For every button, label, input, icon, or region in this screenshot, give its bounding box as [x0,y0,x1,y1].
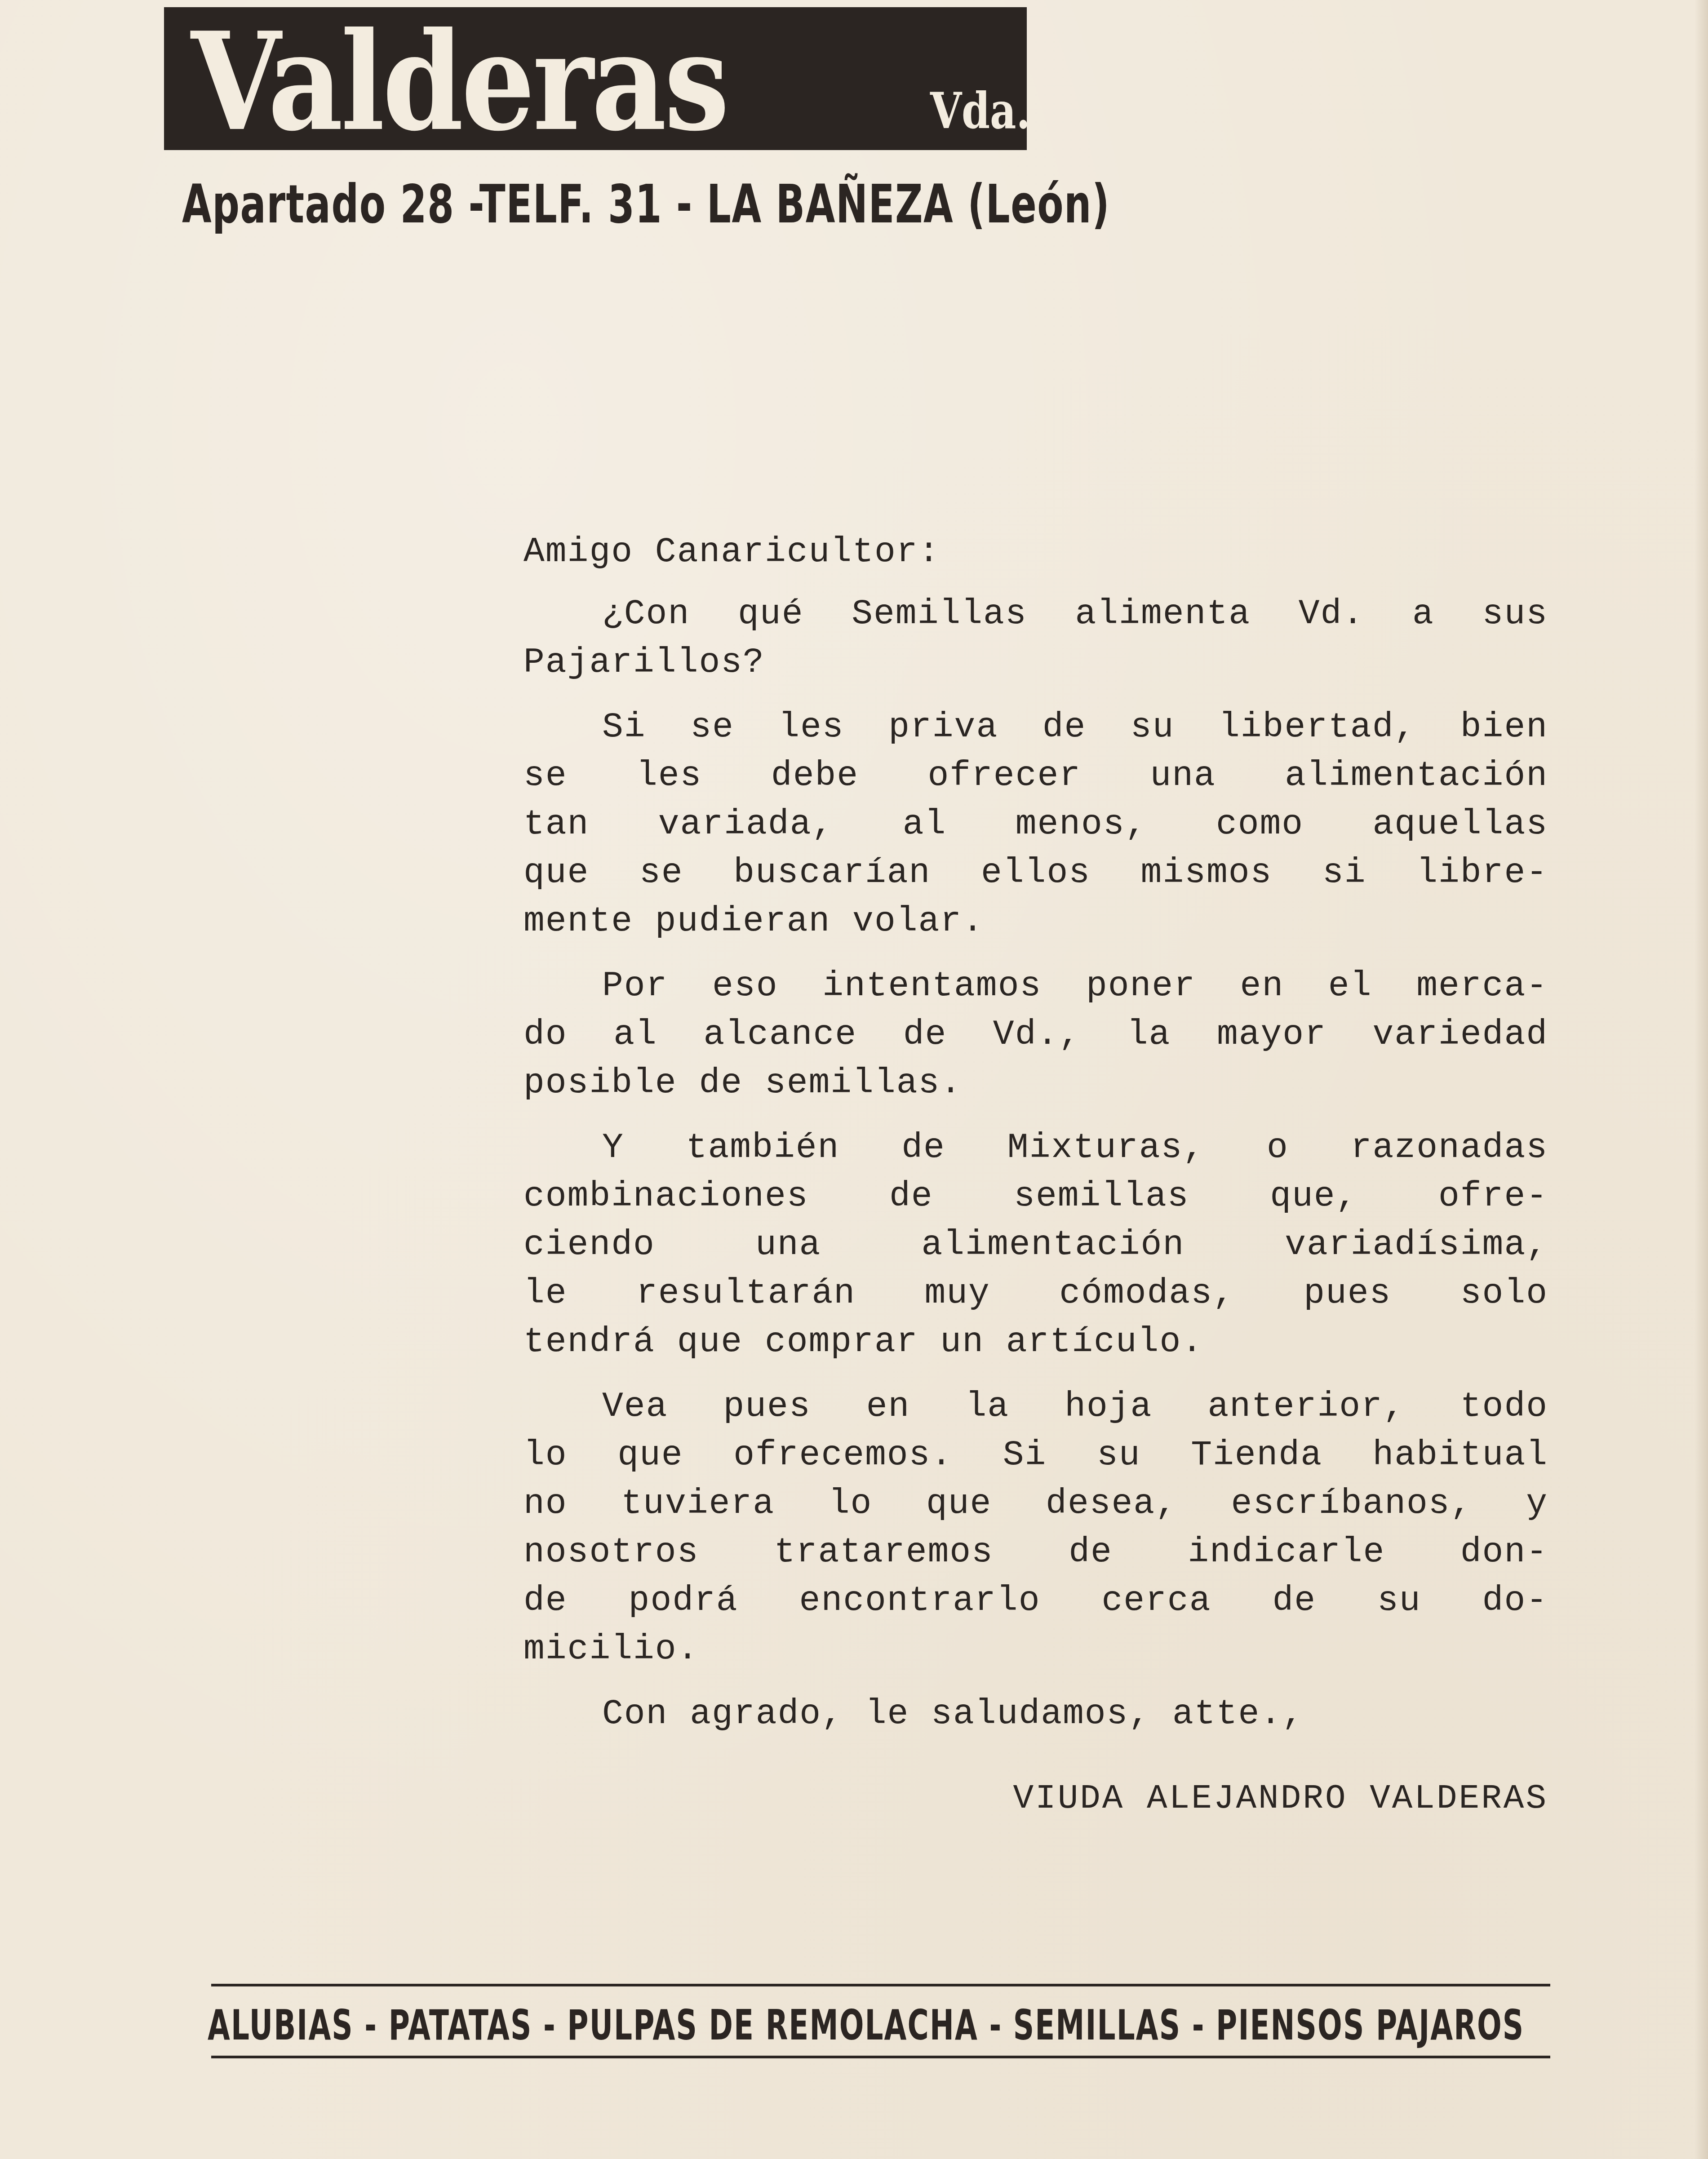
paragraph-line: ¿Con qué Semillas alimenta Vd. a sus [523,590,1548,638]
paragraph-1: ¿Con qué Semillas alimenta Vd. a sus Paj… [523,590,1548,687]
footer-divider-top [211,1984,1550,1986]
paragraph-line: nosotros trataremos de indicarle don- [523,1528,1548,1577]
paragraph-4: Y también de Mixturas, o razonadas combi… [523,1124,1548,1366]
paragraph-line: de podrá encontrarlo cerca de su do- [523,1577,1548,1625]
company-suffix: Vda. [930,86,1030,136]
paragraph-line: mente pudieran volar. [523,897,1548,946]
paragraph-line: ciendo una alimentación variadísima, [523,1221,1548,1269]
paragraph-line: micilio. [523,1625,1548,1674]
company-name: Valderas [191,28,727,136]
paragraph-line: posible de semillas. [523,1059,1548,1108]
closing-line: Con agrado, le saludamos, atte., [523,1690,1548,1738]
footer-products-line: ALUBIAS - PATATAS - PULPAS DE REMOLACHA … [208,2005,1524,2046]
letter-body: Amigo Canaricultor: ¿Con qué Semillas al… [523,528,1548,1823]
paragraph-line: no tuviera lo que desea, escríbanos, y [523,1480,1548,1528]
paragraph-5: Vea pues en la hoja anterior, todo lo qu… [523,1383,1548,1674]
paragraph-line: lo que ofrecemos. Si su Tienda habitual [523,1431,1548,1480]
paragraph-line: do al alcance de Vd., la mayor variedad [523,1011,1548,1059]
paragraph-line: le resultarán muy cómodas, pues solo [523,1269,1548,1318]
paragraph-line: se les debe ofrecer una alimentación [523,752,1548,800]
company-logo: Valderas Vda. [164,7,1027,150]
paragraph-line: Pajarillos? [523,638,1548,687]
paragraph-line: que se buscarían ellos mismos si libre- [523,849,1548,897]
paragraph-2: Si se les priva de su libertad, bien se … [523,703,1548,946]
paragraph-line: Si se les priva de su libertad, bien [523,703,1548,752]
footer-divider-bottom [211,2056,1550,2058]
paragraph-line: Por eso intentamos poner en el merca- [523,962,1548,1011]
paragraph-3: Por eso intentamos poner en el merca- do… [523,962,1548,1108]
paragraph-line: tendrá que comprar un artículo. [523,1318,1548,1366]
paragraph-line: combinaciones de semillas que, ofre- [523,1172,1548,1221]
paragraph-line: tan variada, al menos, como aquellas [523,800,1548,849]
signature: VIUDA ALEJANDRO VALDERAS [523,1774,1548,1823]
salutation: Amigo Canaricultor: [523,528,1548,576]
company-address: Apartado 28 -TELF. 31 - LA BAÑEZA (León) [182,177,1110,231]
paragraph-line: Y también de Mixturas, o razonadas [523,1124,1548,1172]
paragraph-line: Vea pues en la hoja anterior, todo [523,1383,1548,1431]
paper-edge-shadow [1695,0,1708,2159]
